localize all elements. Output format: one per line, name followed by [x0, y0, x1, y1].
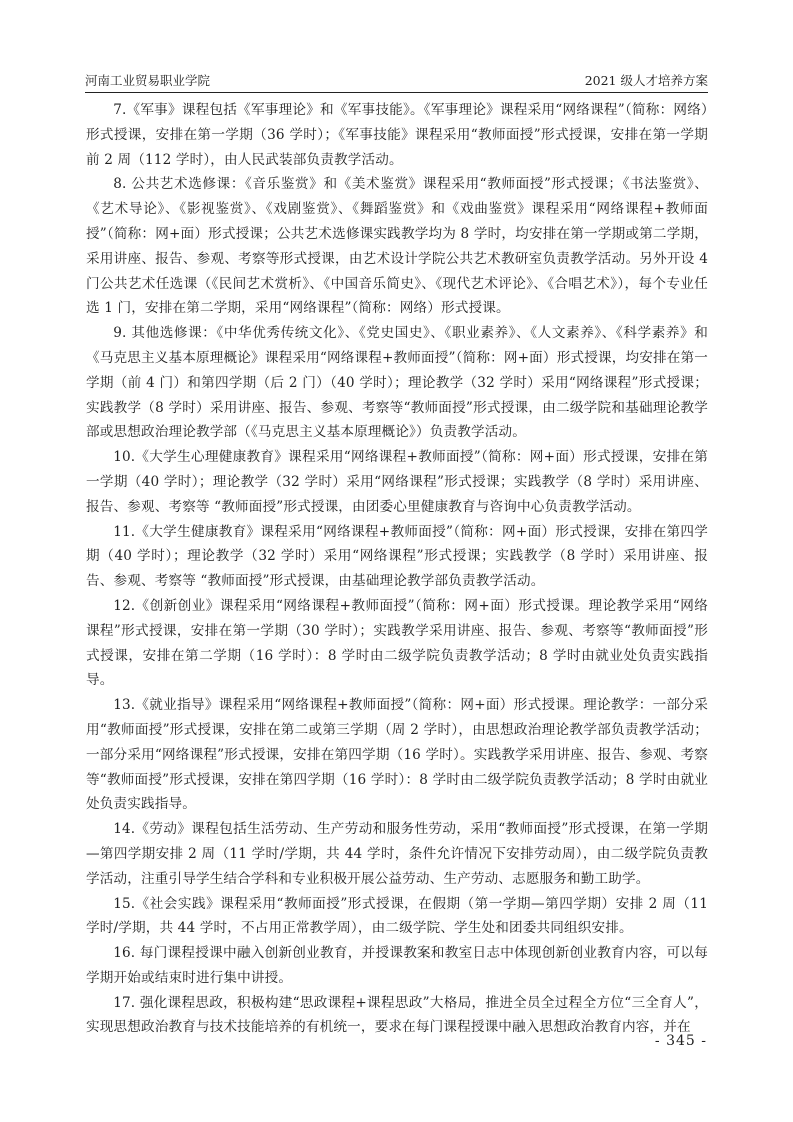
paragraph-item-16: 16. 每门课程授课中融入创新创业教育，并授课教案和教室日志中体现创新创业教育内… [86, 941, 708, 991]
paragraph-item-15: 15.《社会实践》课程采用“教师面授”形式授课，在假期（第一学期—第四学期）安排… [86, 892, 708, 942]
paragraph-item-10: 10.《大学生心理健康教育》课程采用“网络课程+教师面授”（简称：网+面）形式授… [86, 445, 708, 519]
page-body: 7.《军事》课程包括《军事理论》和《军事技能》。《军事理论》课程采用“网络课程”… [86, 98, 708, 1040]
paragraph-item-12: 12.《创新创业》课程采用“网络课程+教师面授”（简称：网+面）形式授课。理论教… [86, 594, 708, 693]
header-document-title: 2021 级人才培养方案 [585, 71, 708, 89]
paragraph-item-13: 13.《就业指导》课程采用“网络课程+教师面授”（简称：网+面）形式授课。理论教… [86, 693, 708, 817]
paragraph-item-8: 8. 公共艺术选修课：《音乐鉴赏》和《美术鉴赏》课程采用“教师面授”形式授课；《… [86, 172, 708, 321]
header-institution: 河南工业贸易职业学院 [85, 71, 210, 89]
page-header: 河南工业贸易职业学院 2021 级人才培养方案 [85, 70, 708, 93]
paragraph-item-11: 11.《大学生健康教育》课程采用“网络课程+教师面授”（简称：网+面）形式授课，… [86, 520, 708, 594]
page-number: - 345 - [655, 1033, 707, 1049]
paragraph-item-17: 17. 强化课程思政，积极构建“思政课程+课程思政”大格局，推进全员全过程全方位… [86, 991, 708, 1041]
paragraph-item-9: 9. 其他选修课：《中华优秀传统文化》、《党史国史》、《职业素养》、《人文素养》… [86, 321, 708, 445]
paragraph-item-14: 14.《劳动》课程包括生活劳动、生产劳动和服务性劳动，采用“教师面授”形式授课，… [86, 817, 708, 891]
paragraph-item-7: 7.《军事》课程包括《军事理论》和《军事技能》。《军事理论》课程采用“网络课程”… [86, 98, 708, 172]
